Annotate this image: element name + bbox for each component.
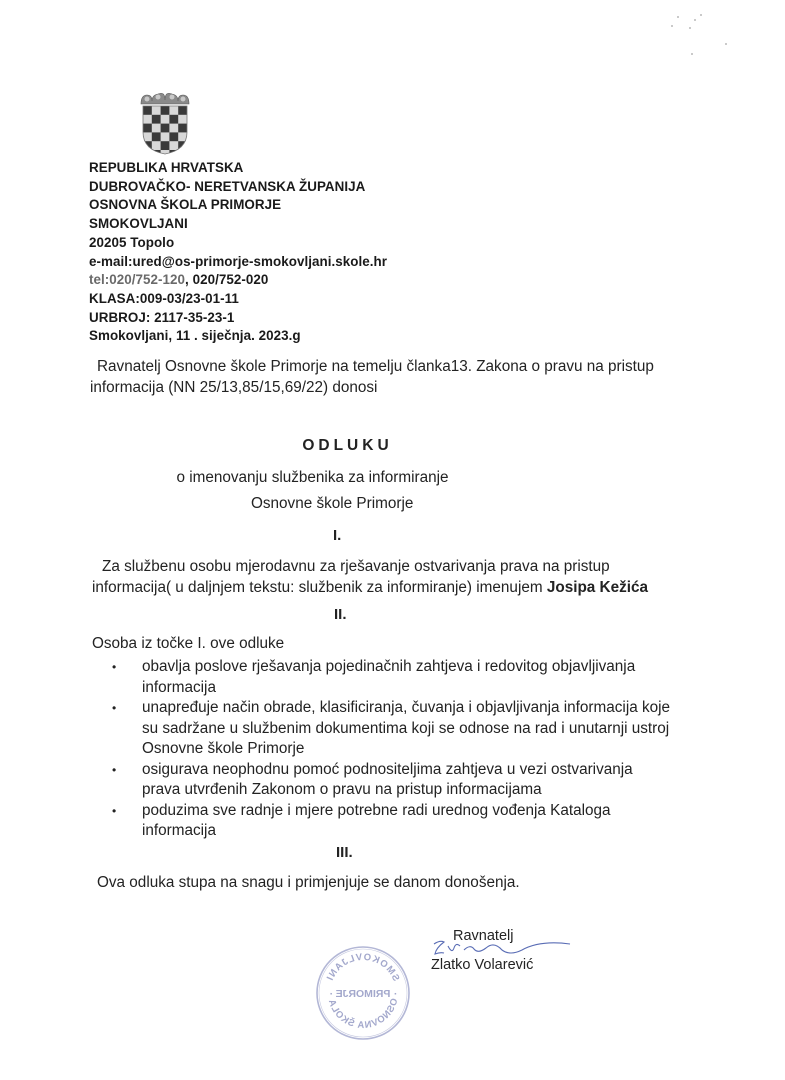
- appointee-name: Josipa Kežića: [547, 579, 648, 596]
- duty-item: • unapređuje način obrade, klasificiranj…: [142, 698, 670, 760]
- intro-line-2: informacija (NN 25/13,85/15,69/22) donos…: [90, 378, 377, 399]
- email-line: e-mail:ured@os-primorje-smokovljani.skol…: [89, 253, 387, 272]
- klasa-line: KLASA:009-03/23-01-11: [89, 290, 387, 309]
- town-line: SMOKOVLJANI: [89, 215, 387, 234]
- section-three-text: Ova odluka stupa na snagu i primjenjuje …: [97, 873, 520, 894]
- signatory-name: Zlatko Volarević: [431, 957, 533, 973]
- bullet-icon: •: [112, 698, 116, 719]
- duty-item: • osigurava neophodnu pomoć podnositelji…: [142, 760, 670, 801]
- place-date-line: Smokovljani, 11 . siječnja. 2023.g: [89, 327, 387, 346]
- decision-subtitle-2: Osnovne škole Primorje: [251, 494, 413, 515]
- decision-title: ODLUKU: [0, 436, 785, 457]
- duty-item: • poduzima sve radnje i mjere potrebne r…: [142, 801, 670, 842]
- country-line: REPUBLIKA HRVATSKA: [89, 159, 387, 178]
- letterhead: REPUBLIKA HRVATSKA DUBROVAČKO- NERETVANS…: [89, 159, 387, 346]
- phone-line: tel:020/752-120, 020/752-020: [89, 271, 387, 290]
- school-name-line: OSNOVNA ŠKOLA PRIMORJE: [89, 196, 387, 215]
- postal-line: 20205 Topolo: [89, 234, 387, 253]
- section-one-numeral: I.: [333, 526, 341, 547]
- school-stamp: SMOKOVLJANI · PRIMORJE · OSNOVNA ŠKOLA: [314, 944, 412, 1042]
- bullet-icon: •: [112, 657, 116, 678]
- svg-text:· PRIMORJE ·: · PRIMORJE ·: [329, 988, 397, 1000]
- section-one-line-1: Za službenu osobu mjerodavnu za rješavan…: [102, 557, 610, 578]
- decision-subtitle-1: o imenovanju službenika za informiranje: [0, 468, 785, 489]
- duties-list: • obavlja poslove rješavanja pojedinačni…: [142, 657, 670, 842]
- duty-item: • obavlja poslove rješavanja pojedinačni…: [142, 657, 670, 698]
- section-one-line-2: informacija( u daljnjem tekstu: službeni…: [92, 578, 648, 599]
- svg-text:OSNOVNA ŠKOLA: OSNOVNA ŠKOLA: [326, 997, 401, 1031]
- section-two-lead: Osoba iz točke I. ove odluke: [92, 634, 284, 655]
- bullet-icon: •: [112, 760, 116, 781]
- intro-line-1: Ravnatelj Osnovne škole Primorje na teme…: [97, 357, 654, 378]
- phone-secondary: , 020/752-020: [185, 272, 268, 287]
- phone-primary: tel:020/752-120: [89, 272, 185, 287]
- section-three-numeral: III.: [336, 843, 353, 864]
- croatian-coat-of-arms-icon: [137, 88, 193, 156]
- section-two-numeral: II.: [334, 605, 347, 626]
- urbroj-line: URBROJ: 2117-35-23-1: [89, 309, 387, 328]
- bullet-icon: •: [112, 801, 116, 822]
- county-line: DUBROVAČKO- NERETVANSKA ŽUPANIJA: [89, 178, 387, 197]
